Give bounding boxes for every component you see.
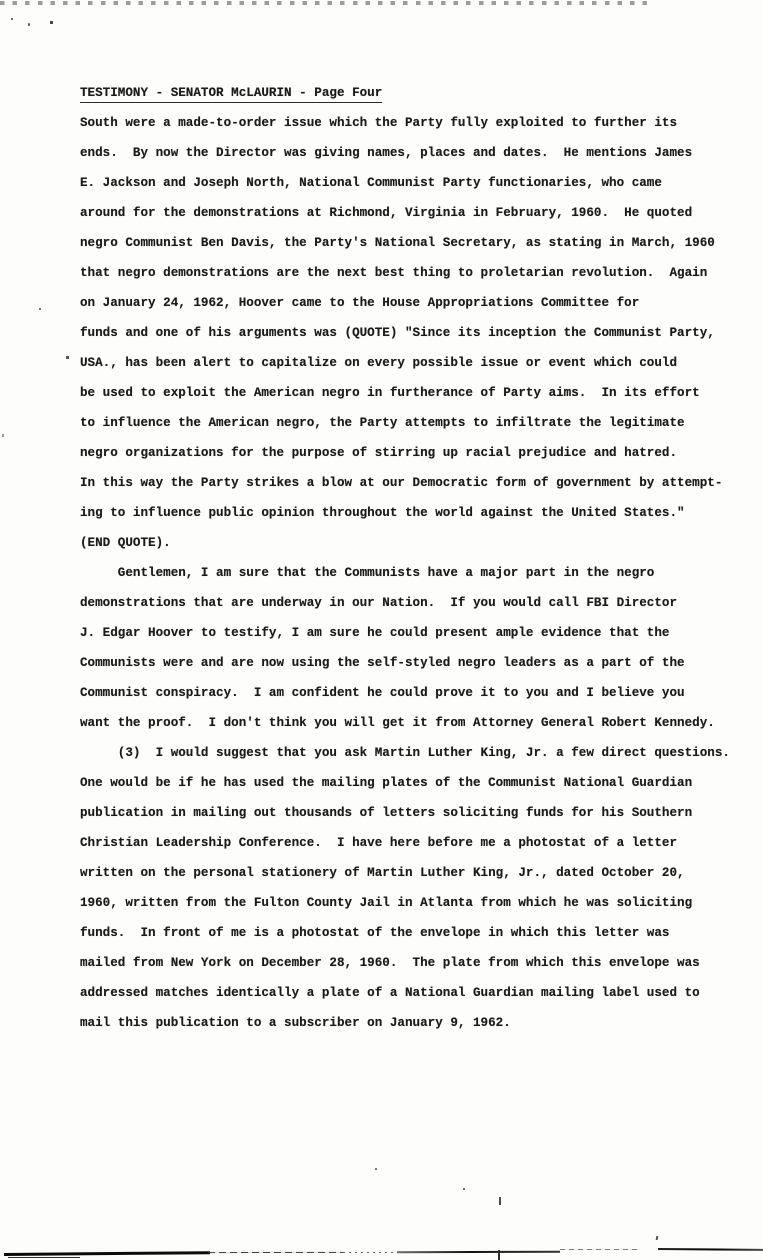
scan-speck [2, 434, 4, 437]
page-top-dashed-edge [0, 1, 649, 5]
bottom-scan-line-segment [658, 1248, 763, 1251]
text-line: (END QUOTE). [80, 528, 750, 558]
text-line: Christian Leadership Conference. I have … [80, 828, 750, 858]
scan-speck [66, 356, 69, 359]
scan-speck [28, 23, 30, 26]
document-body: South were a made-to-order issue which t… [80, 108, 750, 1038]
scan-speck [50, 21, 53, 24]
text-line: In this way the Party strikes a blow at … [80, 468, 750, 498]
text-line: Communist conspiracy. I am confident he … [80, 678, 750, 708]
text-line: One would be if he has used the mailing … [80, 768, 750, 798]
text-line: written on the personal stationery of Ma… [80, 858, 750, 888]
text-line: want the proof. I don't think you will g… [80, 708, 750, 738]
text-line: funds. In front of me is a photostat of … [80, 918, 750, 948]
text-line: that negro demonstrations are the next b… [80, 258, 750, 288]
document-title: TESTIMONY - SENATOR McLAURIN - Page Four [80, 86, 382, 103]
bottom-scan-line-segment [8, 1257, 80, 1258]
text-line: USA., has been alert to capitalize on ev… [80, 348, 750, 378]
text-line: 1960, written from the Fulton County Jai… [80, 888, 750, 918]
text-line: E. Jackson and Joseph North, National Co… [80, 168, 750, 198]
scanned-document-page: TESTIMONY - SENATOR McLAURIN - Page Four… [0, 0, 763, 1260]
scan-tick [499, 1197, 501, 1205]
text-line: South were a made-to-order issue which t… [80, 108, 750, 138]
scan-speck [39, 308, 41, 310]
text-line: to influence the American negro, the Par… [80, 408, 750, 438]
text-line: around for the demonstrations at Richmon… [80, 198, 750, 228]
text-line: ing to influence public opinion througho… [80, 498, 750, 528]
text-line: ends. By now the Director was giving nam… [80, 138, 750, 168]
text-line: J. Edgar Hoover to testify, I am sure he… [80, 618, 750, 648]
text-line: negro Communist Ben Davis, the Party's N… [80, 228, 750, 258]
text-line: Communists were and are now using the se… [80, 648, 750, 678]
scan-speck [375, 1168, 377, 1170]
scan-speck [11, 18, 13, 20]
bottom-scan-line-segment [560, 1249, 640, 1250]
text-line: mailed from New York on December 28, 196… [80, 948, 750, 978]
text-line: negro organizations for the purpose of s… [80, 438, 750, 468]
text-line: mail this publication to a subscriber on… [80, 1008, 750, 1038]
text-line: demonstrations that are underway in our … [80, 588, 750, 618]
scan-speck [463, 1188, 465, 1190]
text-line: be used to exploit the American negro in… [80, 378, 750, 408]
bottom-scan-line-segment [208, 1252, 343, 1254]
text-line: funds and one of his arguments was (QUOT… [80, 318, 750, 348]
bottom-scan-line-segment [4, 1251, 210, 1255]
bottom-scan-line-segment [343, 1252, 398, 1253]
text-line: Gentlemen, I am sure that the Communists… [80, 558, 750, 588]
scan-speck [656, 1236, 658, 1240]
bottom-scan-tick [498, 1250, 500, 1260]
bottom-scan-line-segment [397, 1251, 560, 1253]
text-line: addressed matches identically a plate of… [80, 978, 750, 1008]
text-line: publication in mailing out thousands of … [80, 798, 750, 828]
text-line: (3) I would suggest that you ask Martin … [80, 738, 750, 768]
text-line: on January 24, 1962, Hoover came to the … [80, 288, 750, 318]
